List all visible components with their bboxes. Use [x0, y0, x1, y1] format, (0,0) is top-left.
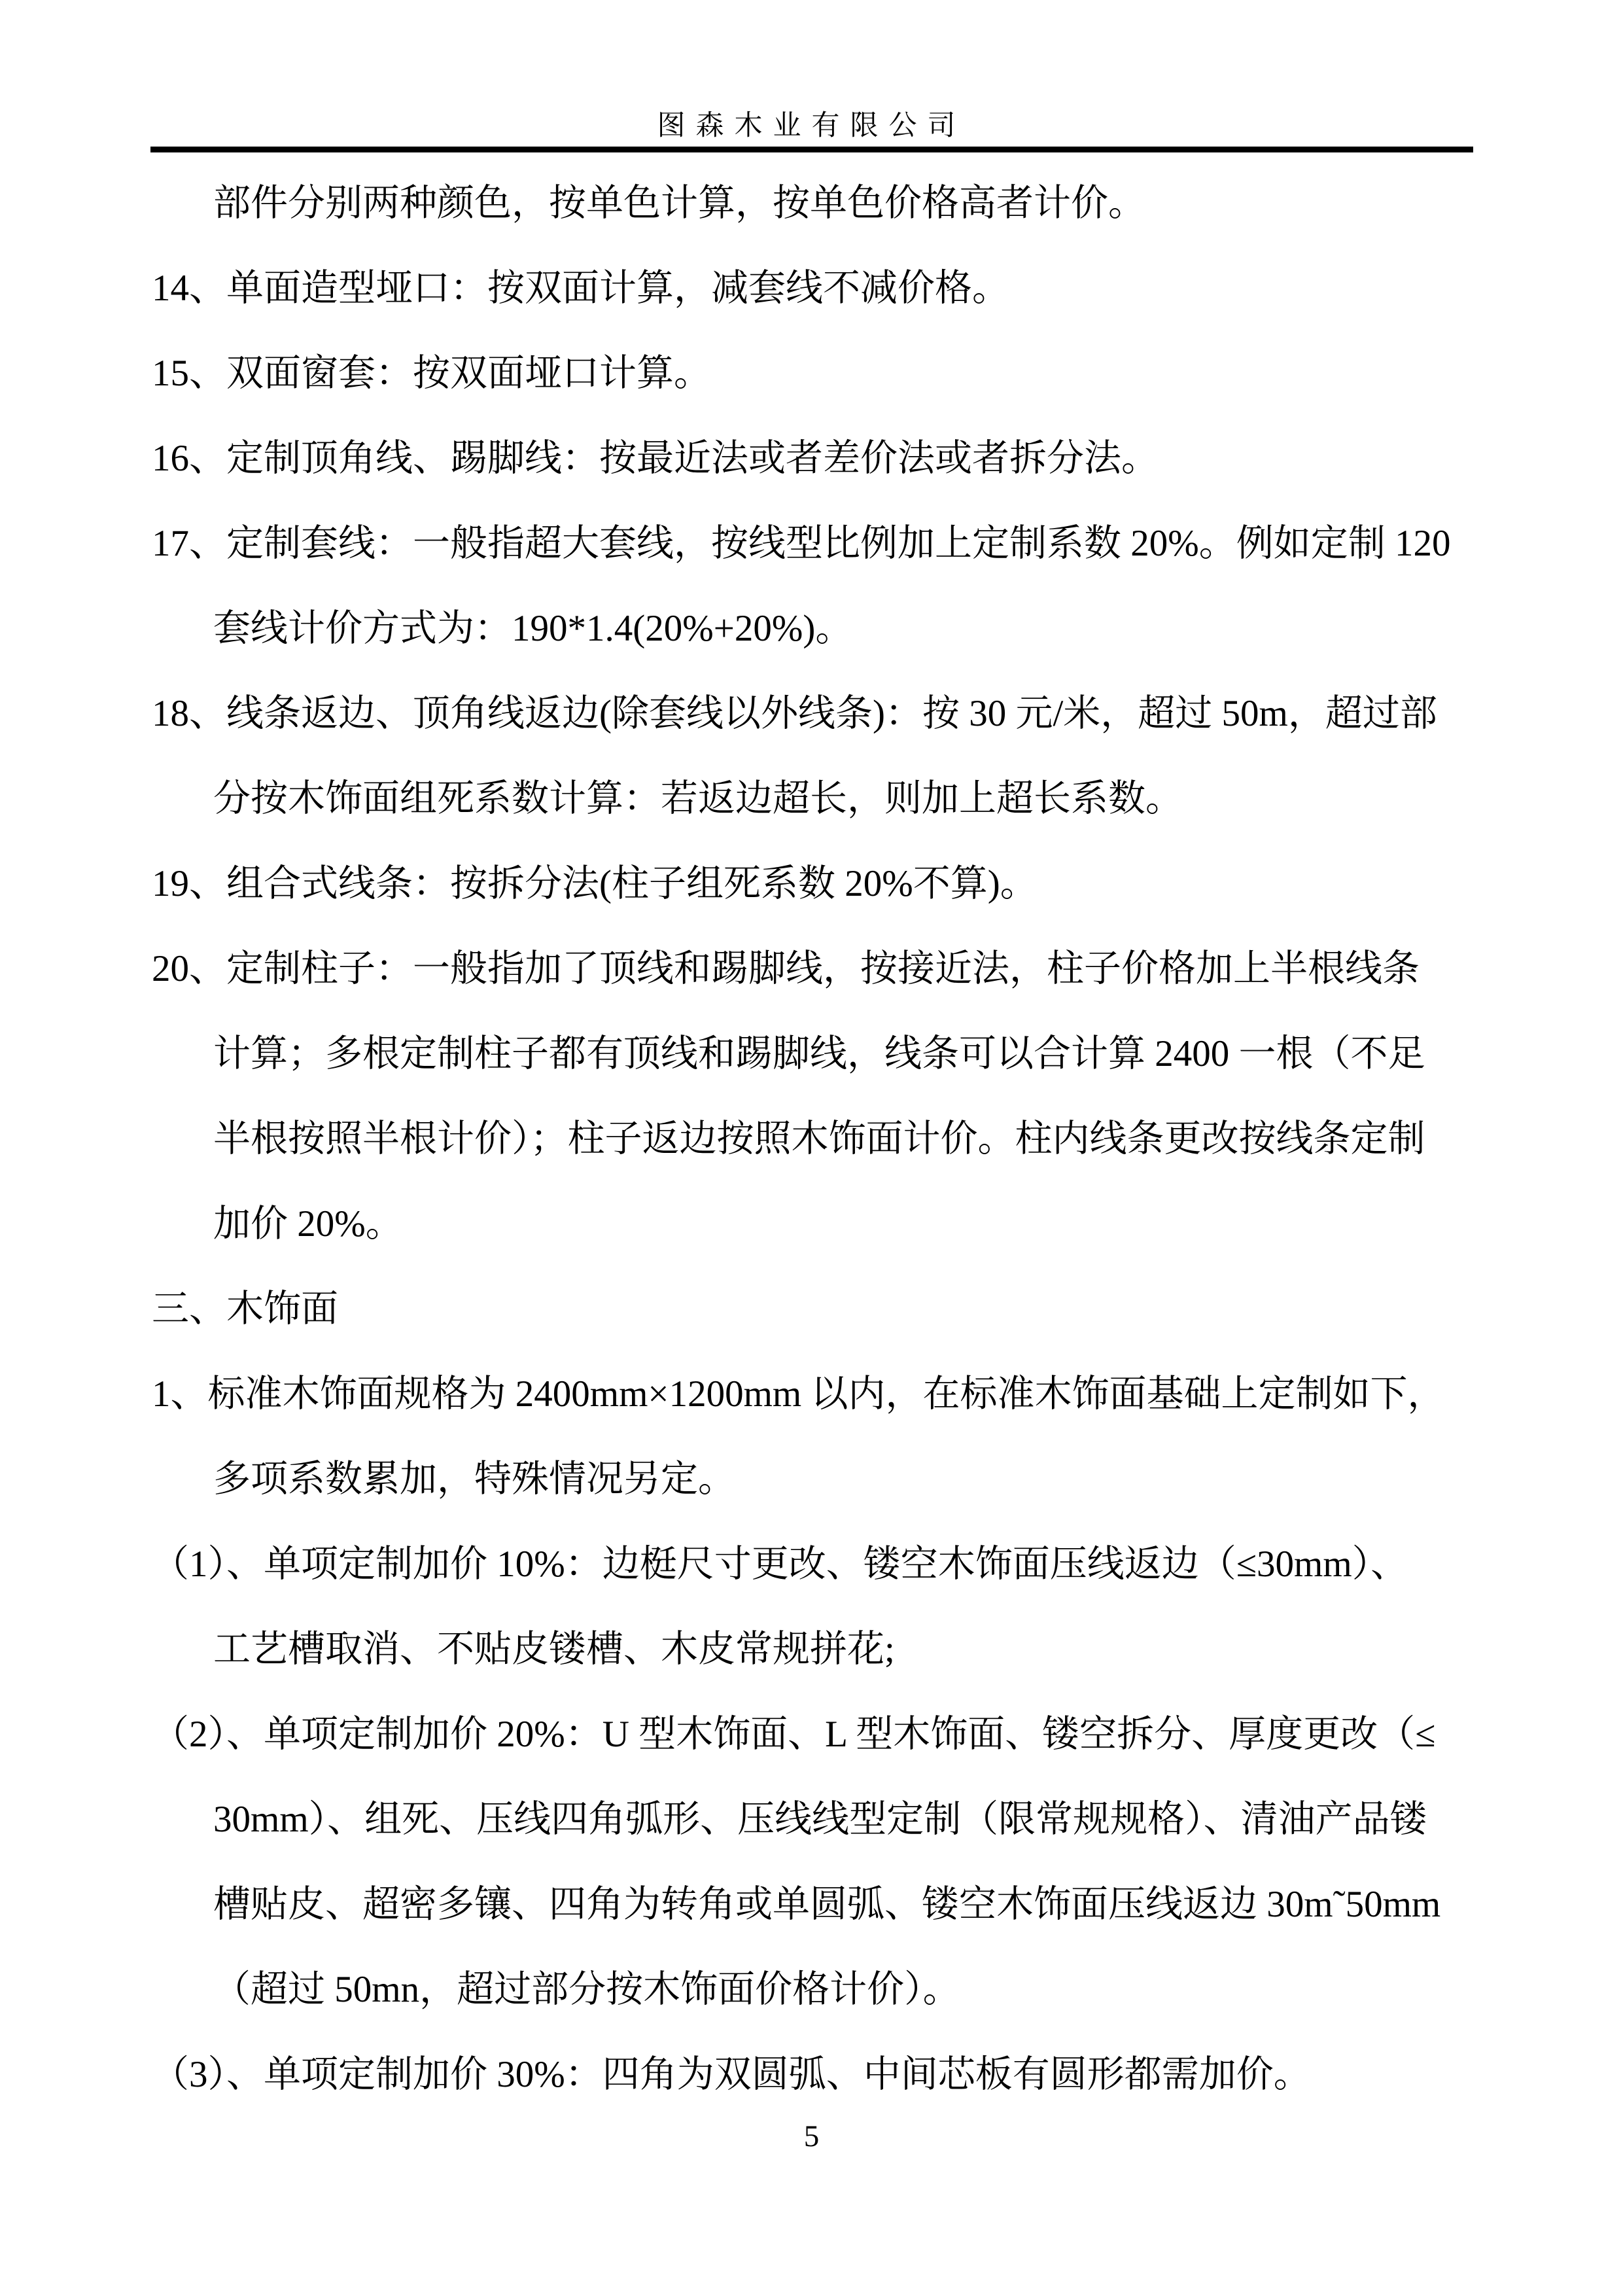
line-item-18-1: 18、线条返边、顶角线返边(除套线以外线条)：按 30 元/米，超过 50m，超… — [152, 671, 1492, 756]
line-item-20-3: 半根按照半根计价）；柱子返边按照木饰面计价。柱内线条更改按线条定制 — [152, 1097, 1492, 1182]
header-rule — [150, 147, 1473, 152]
line-sub-2-2: 30mm）、组死、压线四角弧形、压线线型定制（限常规规格）、清油产品镂 — [152, 1777, 1492, 1862]
line-sub-2-3: 槽贴皮、超密多镶、四角为转角或单圆弧、镂空木饰面压线返边 30m˜50mm — [152, 1862, 1492, 1947]
line-section-3-heading: 三、木饰面 — [152, 1267, 1492, 1352]
line-item-20-2: 计算；多根定制柱子都有顶线和踢脚线，线条可以合计算 2400 一根（不足 — [152, 1012, 1492, 1097]
line-sec3-item-1-1: 1、标准木饰面规格为 2400mm×1200mm 以内，在标准木饰面基础上定制如… — [152, 1352, 1492, 1437]
line-item-15: 15、双面窗套：按双面垭口计算。 — [152, 331, 1492, 416]
line-item-17-1: 17、定制套线：一般指超大套线，按线型比例加上定制系数 20%。例如定制 120 — [152, 501, 1492, 586]
line-item-14: 14、单面造型垭口：按双面计算，减套线不减价格。 — [152, 246, 1492, 331]
page-header-company-name: 图森木业有限公司 — [0, 103, 1623, 143]
line-sub-1-2: 工艺槽取消、不贴皮镂槽、木皮常规拼花; — [152, 1607, 1492, 1692]
line-sub-3: （3）、单项定制加价 30%：四角为双圆弧、中间芯板有圆形都需加价。 — [152, 2032, 1492, 2117]
line-item-18-2: 分按木饰面组死系数计算：若返边超长，则加上超长系数。 — [152, 756, 1492, 841]
line-sub-2-1: （2）、单项定制加价 20%：U 型木饰面、L 型木饰面、镂空拆分、厚度更改（≤ — [152, 1692, 1492, 1777]
line-item-16: 16、定制顶角线、踢脚线：按最近法或者差价法或者拆分法。 — [152, 416, 1492, 501]
line-item-20-1: 20、定制柱子：一般指加了顶线和踢脚线，按接近法，柱子价格加上半根线条 — [152, 927, 1492, 1012]
line-item-20-4: 加价 20%。 — [152, 1182, 1492, 1267]
line-sub-2-4: （超过 50mn，超过部分按木饰面价格计价）。 — [152, 1947, 1492, 2032]
line-item13-continuation: 部件分别两种颜色，按单色计算，按单色价格高者计价。 — [152, 161, 1492, 246]
line-item-17-2: 套线计价方式为：190*1.4(20%+20%)。 — [152, 586, 1492, 671]
line-sec3-item-1-2: 多项系数累加，特殊情况另定。 — [152, 1437, 1492, 1522]
document-body: 部件分别两种颜色，按单色计算，按单色价格高者计价。 14、单面造型垭口：按双面计… — [152, 161, 1492, 2117]
page-number: 5 — [0, 2119, 1623, 2154]
line-item-19: 19、组合式线条：按拆分法(柱子组死系数 20%不算)。 — [152, 841, 1492, 927]
line-sub-1-1: （1）、单项定制加价 10%：边梃尺寸更改、镂空木饰面压线返边（≤30mm）、 — [152, 1522, 1492, 1607]
document-page: 图森木业有限公司 部件分别两种颜色，按单色计算，按单色价格高者计价。 14、单面… — [0, 0, 1623, 2296]
